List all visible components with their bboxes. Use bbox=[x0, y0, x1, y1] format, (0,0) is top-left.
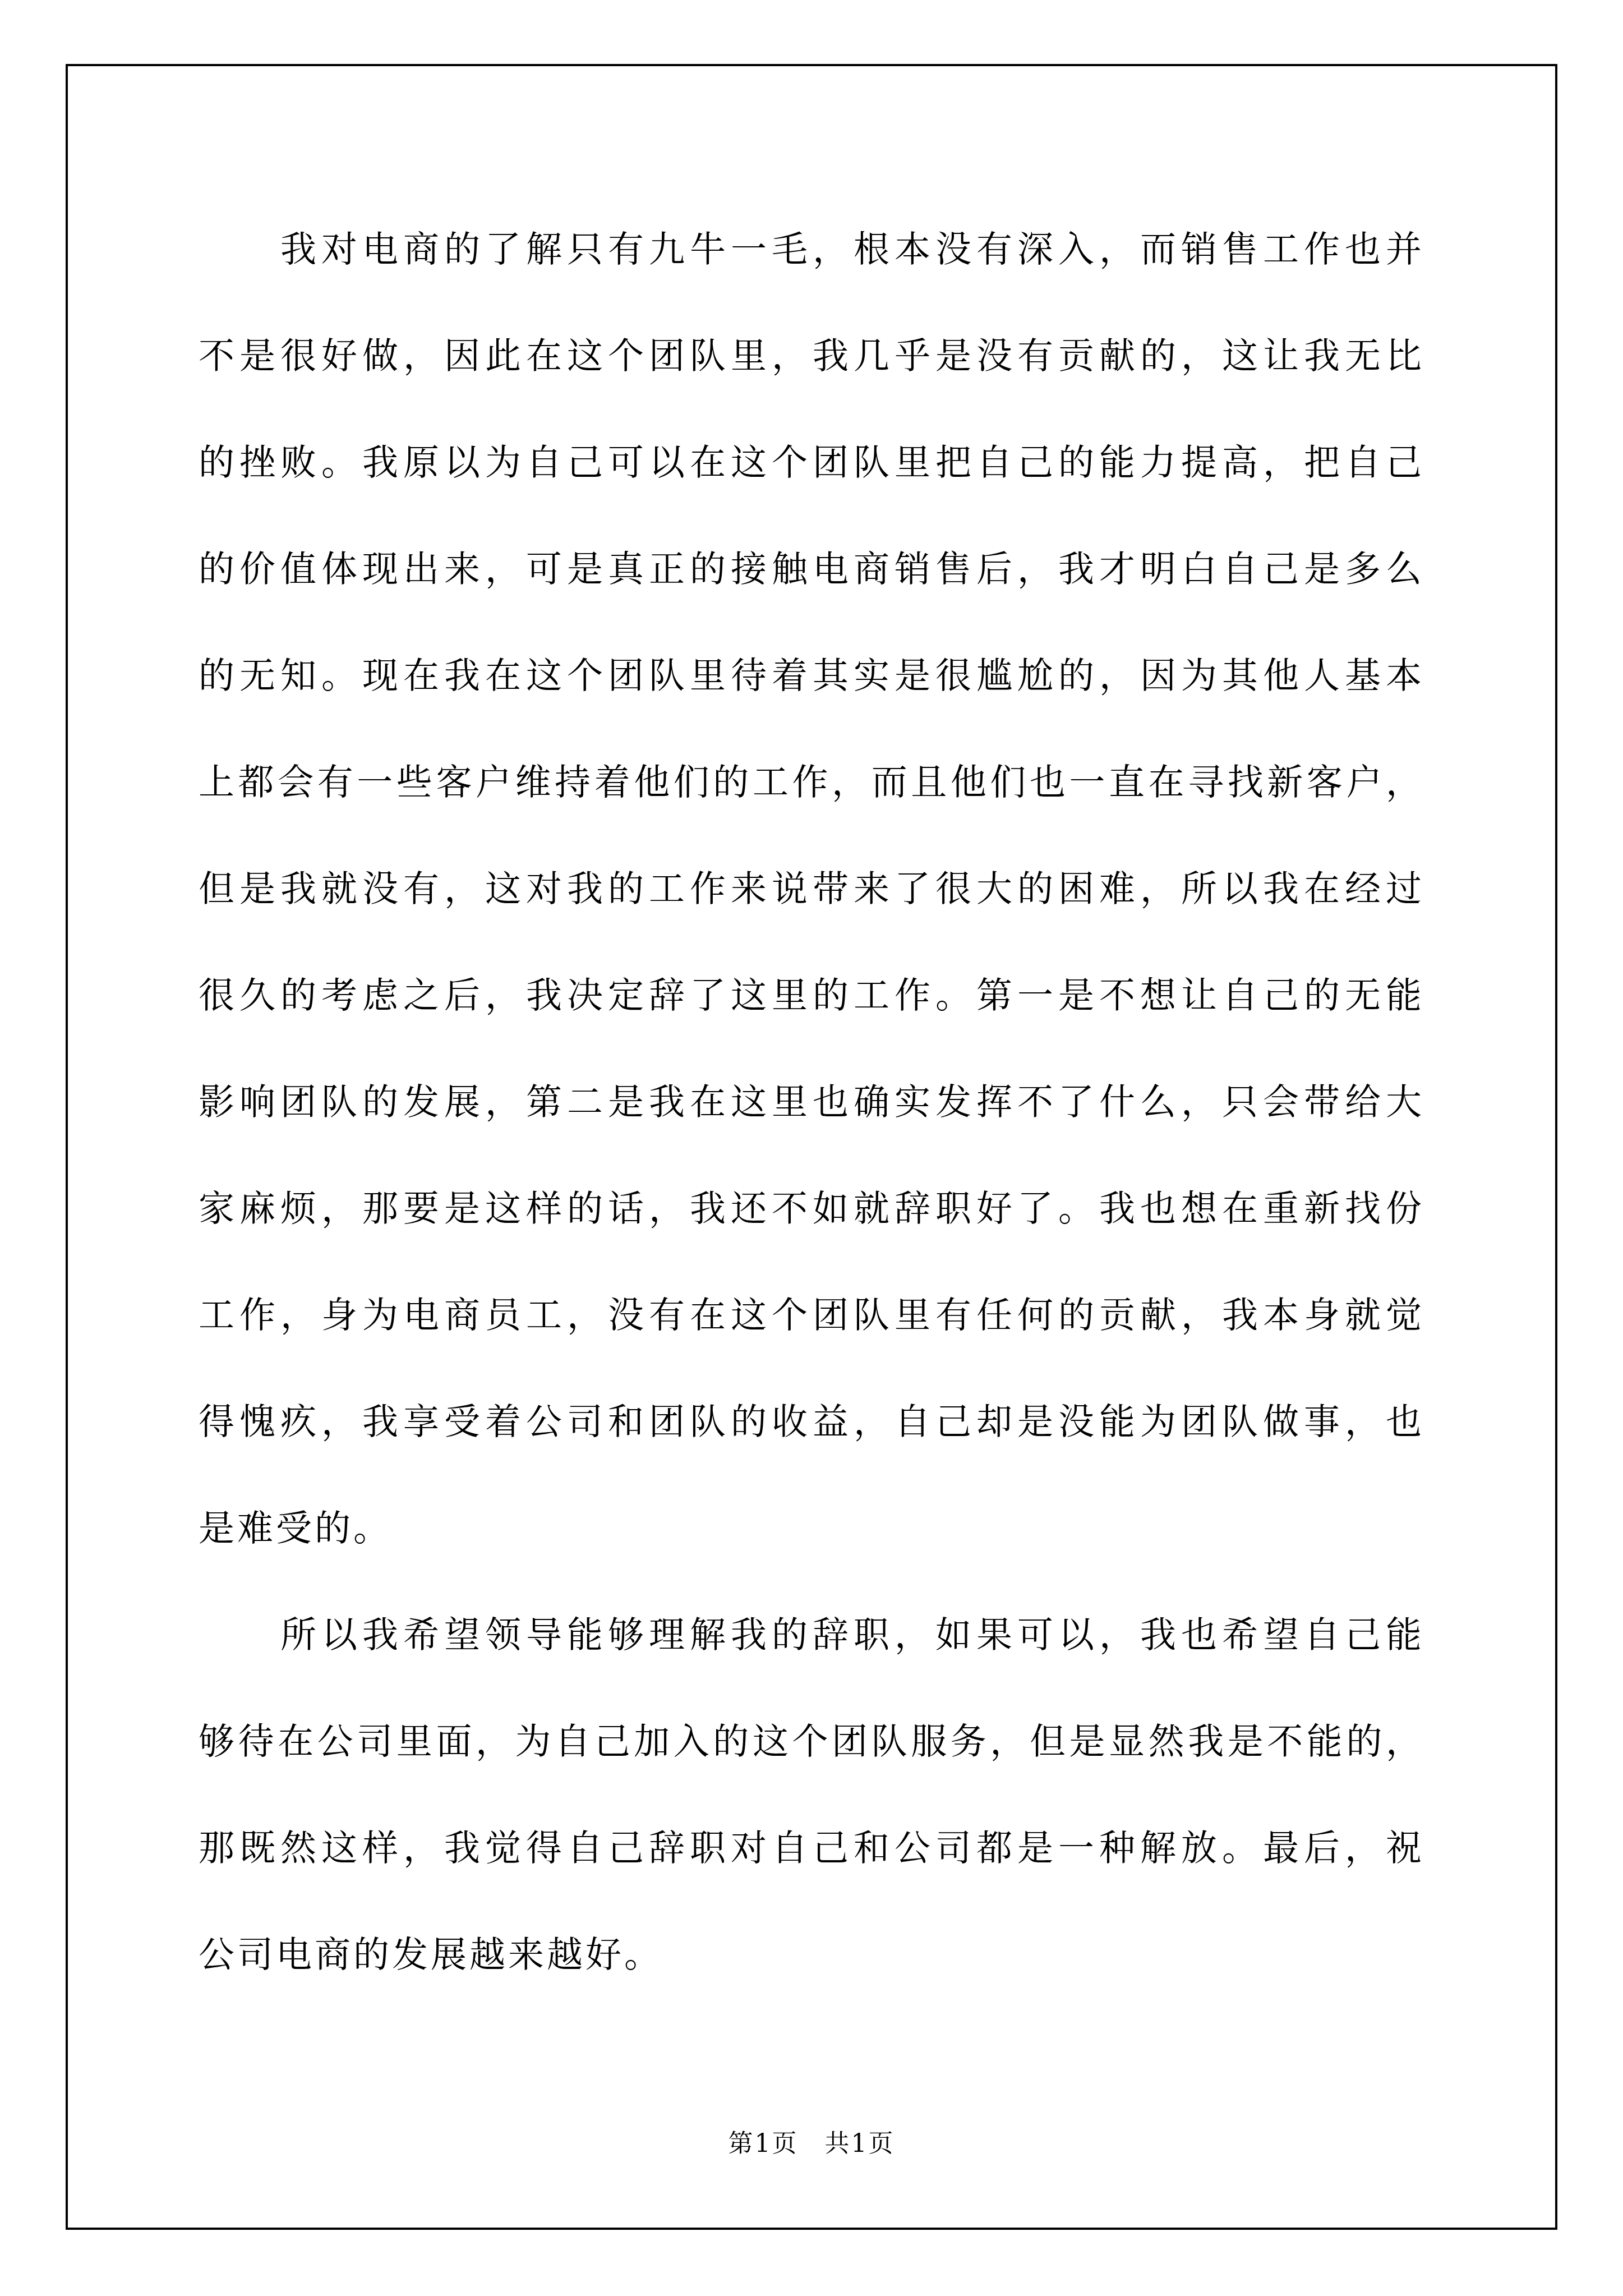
text-line: 不是很好做，因此在这个团队里，我几乎是没有贡献的，这让我无比 bbox=[199, 303, 1424, 409]
text-line: 的无知。现在我在这个团队里待着其实是很尴尬的，因为其他人基本 bbox=[199, 623, 1424, 729]
text-line: 得愧疚，我享受着公司和团队的收益，自己却是没能为团队做事，也 bbox=[199, 1369, 1424, 1475]
text-line: 但是我就没有，这对我的工作来说带来了很大的困难，所以我在经过 bbox=[199, 836, 1424, 942]
text-line: 公司电商的发展越来越好。 bbox=[199, 1902, 1424, 2008]
document-page: { "document": { "lines": [ { "text": "我对… bbox=[0, 0, 1623, 2296]
text-line: 的价值体现出来，可是真正的接触电商销售后，我才明白自己是多么 bbox=[199, 516, 1424, 623]
text-line: 所以我希望领导能够理解我的辞职，如果可以，我也希望自己能 bbox=[199, 1582, 1424, 1688]
text-line: 上都会有一些客户维持着他们的工作，而且他们也一直在寻找新客户， bbox=[199, 729, 1424, 836]
text-line: 的挫败。我原以为自己可以在这个团队里把自己的能力提高，把自己 bbox=[199, 409, 1424, 516]
text-line: 工作，身为电商员工，没有在这个团队里有任何的贡献，我本身就觉 bbox=[199, 1262, 1424, 1369]
document-body-text: 我对电商的了解只有九牛一毛，根本没有深入，而销售工作也并不是很好做，因此在这个团… bbox=[199, 196, 1424, 2008]
text-line: 我对电商的了解只有九牛一毛，根本没有深入，而销售工作也并 bbox=[199, 196, 1424, 303]
text-line: 那既然这样，我觉得自己辞职对自己和公司都是一种解放。最后，祝 bbox=[199, 1795, 1424, 1902]
text-line: 很久的考虑之后，我决定辞了这里的工作。第一是不想让自己的无能 bbox=[199, 942, 1424, 1049]
text-line: 够待在公司里面，为自己加入的这个团队服务，但是显然我是不能的， bbox=[199, 1688, 1424, 1795]
text-line: 是难受的。 bbox=[199, 1475, 1424, 1582]
text-line: 影响团队的发展，第二是我在这里也确实发挥不了什么，只会带给大 bbox=[199, 1049, 1424, 1156]
text-line: 家麻烦，那要是这样的话，我还不如就辞职好了。我也想在重新找份 bbox=[199, 1156, 1424, 1262]
page-footer: 第1页 共1页 bbox=[0, 2127, 1623, 2161]
